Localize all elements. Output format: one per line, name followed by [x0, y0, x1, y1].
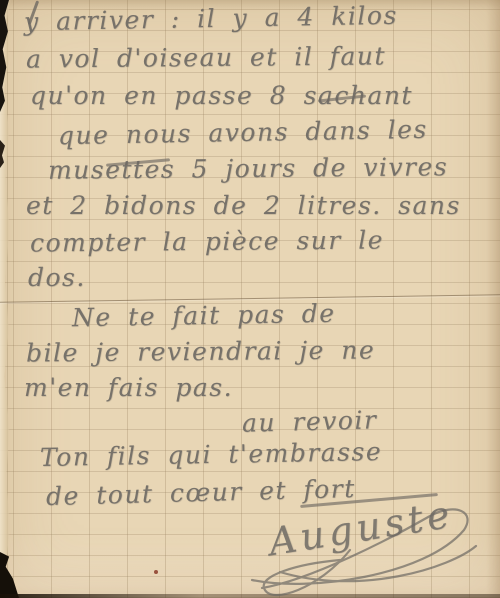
- ink-speck: [154, 570, 158, 574]
- letter-line: y arriver : il y a 4 kilos: [24, 1, 398, 37]
- signature-flourish: [240, 488, 490, 598]
- letter-line: que nous avons dans les: [58, 115, 428, 150]
- letter-line: a vol d'oiseau et il faut: [26, 41, 386, 73]
- letter-line: compter la pièce sur le: [30, 225, 384, 257]
- letter-line: et 2 bidons de 2 litres. sans: [26, 191, 461, 220]
- letter-line: musettes 5 jours de vivres: [48, 152, 448, 184]
- letter-closing-line: au revoir: [242, 405, 378, 438]
- letter-scan: y arriver : il y a 4 kilos a vol d'oisea…: [0, 0, 500, 598]
- letter-line: m'en fais pas.: [24, 373, 233, 402]
- letter-line: Ton fils qui t'embrasse: [40, 437, 383, 472]
- scan-mark-bottom-left: [0, 552, 19, 598]
- letter-line: bile je reviendrai je ne: [26, 335, 375, 367]
- letter-line: dos.: [28, 263, 86, 292]
- letter-line: Ne te fait pas de: [72, 299, 336, 333]
